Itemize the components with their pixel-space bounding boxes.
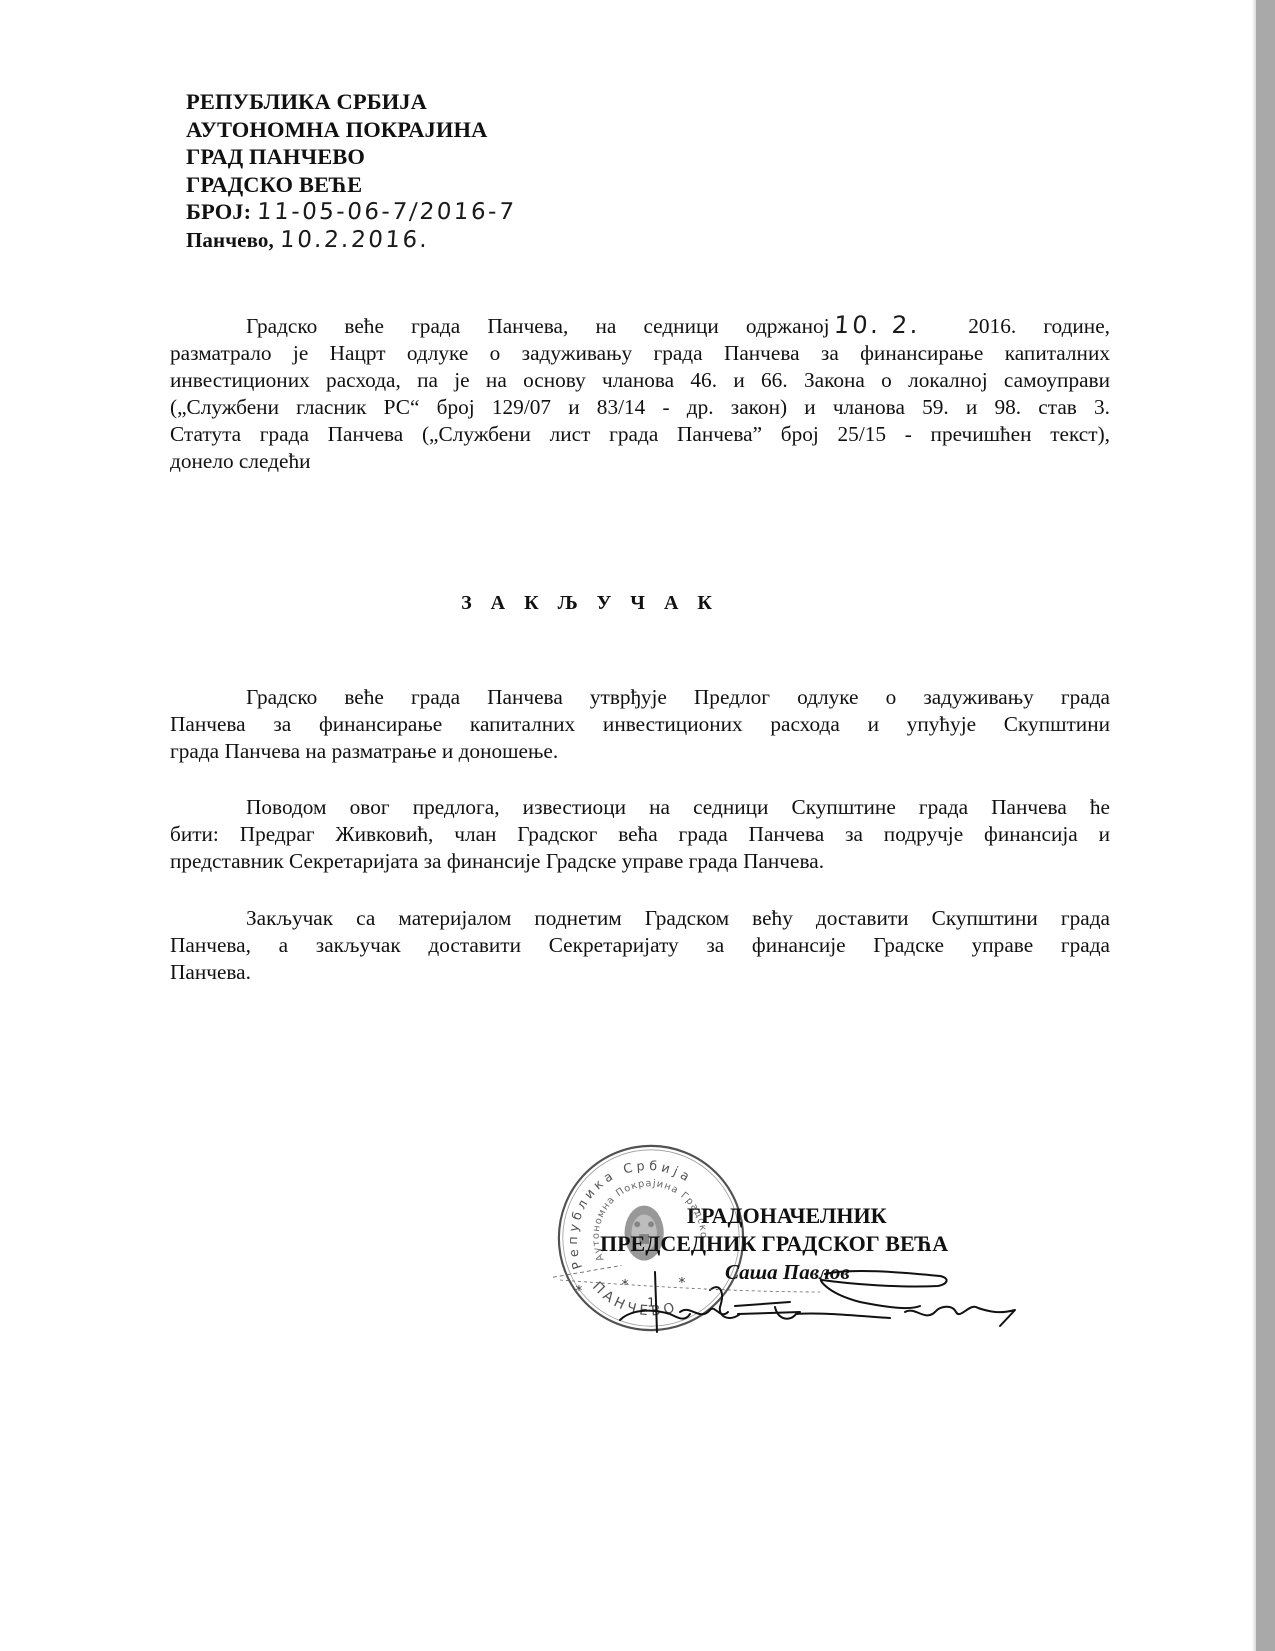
header-city: ГРАД ПАНЧЕВО <box>186 143 516 171</box>
scan-edge-shadow <box>1256 0 1275 1651</box>
date-handwritten: 10.2.2016. <box>279 227 430 255</box>
intro-line-2: разматрало је Нацрт одлуке о задуживању … <box>170 340 1110 367</box>
document-title: З А К Љ У Ч А К <box>0 592 1180 615</box>
intro-paragraph: Градско веће града Панчева, на седници о… <box>170 312 1110 474</box>
body-paragraph-3: Закључак са материјалом поднетим Градско… <box>170 905 1110 986</box>
header-date-line: Панчево,10.2.2016. <box>186 227 516 255</box>
document-header: РЕПУБЛИКА СРБИЈА АУТОНОМНА ПОКРАЈИНА ГРА… <box>186 88 516 254</box>
body-paragraph-2: Поводом овог предлога, известиоци на сед… <box>170 794 1110 875</box>
intro-line-3: инвестиционих расхода, па је на основу ч… <box>170 367 1110 394</box>
paragraph-line: Поводом овог предлога, известиоци на сед… <box>170 794 1110 821</box>
intro-line-6: донело следећи <box>170 448 1110 475</box>
signatory-title-mayor: ГРАДОНАЧЕЛНИК <box>600 1202 948 1230</box>
paragraph-line: Закључак са материјалом поднетим Градско… <box>170 905 1110 932</box>
intro-line-1: Градско веће града Панчева, на седници о… <box>170 312 1110 340</box>
paragraph-line: града Панчева на разматрање и доношење. <box>170 738 1110 765</box>
header-number-line: БРОЈ:11-05-06-7/2016-7 <box>186 198 516 227</box>
header-council: ГРАДСКО ВЕЋЕ <box>186 171 516 199</box>
number-handwritten: 11-05-06-7/2016-7 <box>256 199 517 227</box>
intro-line-4: („Службени гласник РС“ број 129/07 и 83/… <box>170 394 1110 421</box>
paragraph-line: бити: Предраг Живковић, члан Градског ве… <box>170 821 1110 848</box>
header-country: РЕПУБЛИКА СРБИЈА <box>186 88 516 116</box>
paragraph-line: Панчева за финансирање капиталних инвест… <box>170 711 1110 738</box>
place-label: Панчево, <box>186 228 274 252</box>
intro-line-5: Статута града Панчева („Службени лист гр… <box>170 421 1110 448</box>
handwritten-signature-icon <box>560 1262 1030 1342</box>
session-date-handwritten: 10. 2. <box>833 312 922 339</box>
document-page: РЕПУБЛИКА СРБИЈА АУТОНОМНА ПОКРАЈИНА ГРА… <box>0 0 1256 1651</box>
paragraph-line: Панчева. <box>170 959 1110 986</box>
header-province: АУТОНОМНА ПОКРАЈИНА <box>186 116 516 144</box>
paragraph-line: Градско веће града Панчева утврђује Пред… <box>170 684 1110 711</box>
body-paragraph-1: Градско веће града Панчева утврђује Пред… <box>170 684 1110 765</box>
paragraph-line: Панчева, а закључак доставити Секретариј… <box>170 932 1110 959</box>
number-label: БРОЈ: <box>186 199 251 224</box>
signatory-title-president: ПРЕДСЕДНИК ГРАДСКОГ ВЕЋА <box>600 1230 948 1258</box>
paragraph-line: представник Секретаријата за финансије Г… <box>170 848 1110 875</box>
